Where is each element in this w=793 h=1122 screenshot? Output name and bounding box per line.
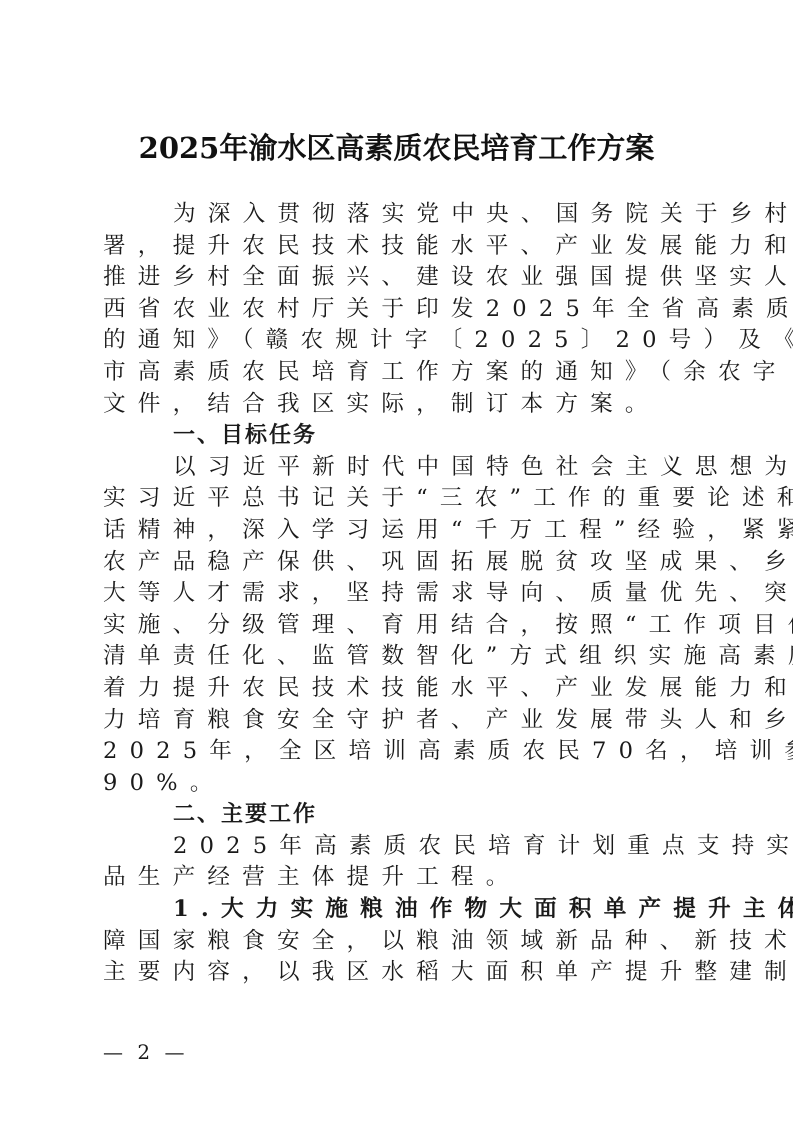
paragraph-line: 实施、分级管理、育用结合，按照“工作项目化、项目清单化、 bbox=[103, 610, 699, 642]
paragraph-line: 清单责任化、监管数智化”方式组织实施高素质农民培育项目， bbox=[103, 641, 699, 673]
paragraph-line: 力培育粮食安全守护者、产业发展带头人和乡村振兴主力军。 bbox=[103, 705, 699, 737]
paragraph-line: 为深入贯彻落实党中央、国务院关于乡村人才振兴的决策部 bbox=[103, 199, 699, 231]
paragraph-line: 2025年，全区培训高素质农民70名，培训参评率和满意度不低于 bbox=[103, 736, 699, 768]
item-1-lead-line: 1.大力实施粮油作物大面积单产提升主体培育行动。围绕保 bbox=[103, 894, 699, 926]
paragraph-line: 着力提升农民技术技能水平、产业发展能力和综合素质素养，大 bbox=[103, 673, 699, 705]
paragraph-line: 2025年高素质农民培育计划重点支持实施粮油和重要农产 bbox=[103, 831, 699, 863]
paragraph-line: 话精神，深入学习运用“千万工程”经验，紧紧围绕粮食和重要 bbox=[103, 515, 699, 547]
paragraph-line: 的通知》（赣农规计字〔2025〕20号）及《关于印发2025年新余 bbox=[103, 325, 699, 357]
page-number: — 2 — bbox=[103, 1040, 188, 1064]
paragraph-line: 推进乡村全面振兴、建设农业强国提供坚实人才保障，按照《江 bbox=[103, 262, 699, 294]
item-1-bold-lead: 1.大力实施粮油作物大面积单产提升主体培育行动。 bbox=[173, 896, 793, 922]
paragraph-line: 文件，结合我区实际，制订本方案。 bbox=[103, 389, 699, 421]
paragraph-line: 署，提升农民技术技能水平、产业发展能力和综合素质素养，为 bbox=[103, 231, 699, 263]
paragraph-line: 以习近平新时代中国特色社会主义思想为指导，深入贯彻落 bbox=[103, 452, 699, 484]
paragraph-line: 90%。 bbox=[103, 768, 699, 800]
document-body: 为深入贯彻落实党中央、国务院关于乡村人才振兴的决策部 署，提升农民技术技能水平、… bbox=[103, 199, 699, 989]
paragraph-line: 市高素质农民培育工作方案的通知》（余农字〔2025〕27 号） bbox=[103, 357, 699, 389]
section-heading-goals: 一、目标任务 bbox=[103, 420, 699, 452]
document-page: 2025年渝水区高素质农民培育工作方案 为深入贯彻落实党中央、国务院关于乡村人才… bbox=[0, 0, 793, 1122]
paragraph-line: 主要内容，以我区水稻大面积单产提升整建制推进县（区）为实 bbox=[103, 957, 699, 989]
document-title: 2025年渝水区高素质农民培育工作方案 bbox=[0, 128, 793, 168]
section-heading-main-work: 二、主要工作 bbox=[103, 799, 699, 831]
paragraph-line: 障国家粮食安全，以粮油领域新品种、新技术、新装备应用等为 bbox=[103, 926, 699, 958]
paragraph-line: 实习近平总书记关于“三农”工作的重要论述和考察江西重要讲 bbox=[103, 483, 699, 515]
paragraph-line: 西省农业农村厅关于印发2025年全省高素质农民培育工作方案 bbox=[103, 294, 699, 326]
paragraph-line: 农产品稳产保供、巩固拓展脱贫攻坚成果、乡村特色产业发展壮 bbox=[103, 547, 699, 579]
paragraph-line: 品生产经营主体提升工程。 bbox=[103, 862, 699, 894]
paragraph-line: 大等人才需求，坚持需求导向、质量优先、突出实效，坚持分层 bbox=[103, 578, 699, 610]
